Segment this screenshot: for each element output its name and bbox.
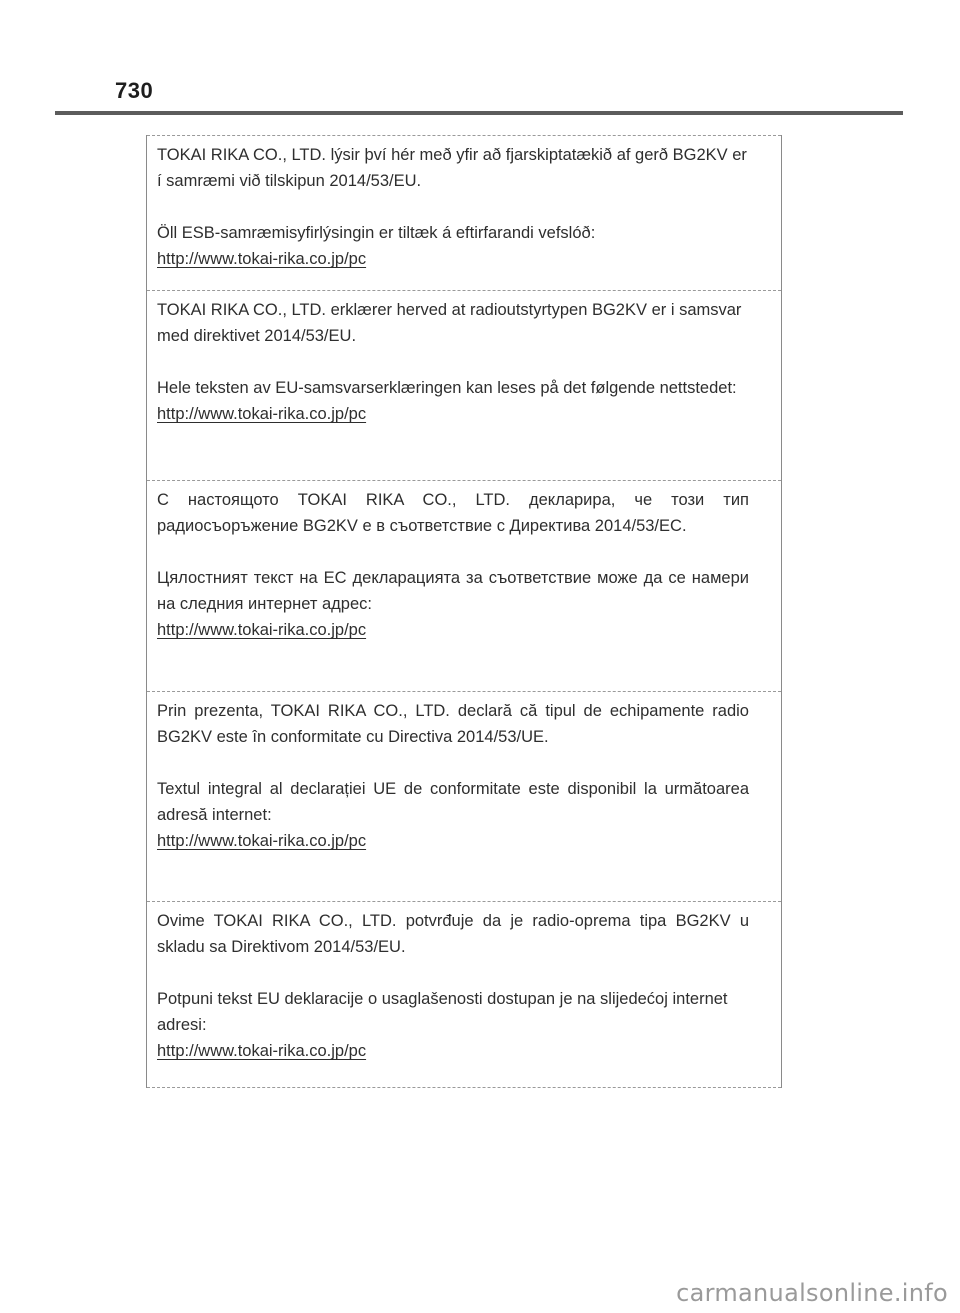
declaration-icelandic: TOKAI RIKA CO., LTD. lýsir því hér með y… — [147, 135, 781, 290]
declaration-url-link[interactable]: http://www.tokai-rika.co.jp/pc — [157, 401, 366, 427]
declaration-statement: TOKAI RIKA CO., LTD. erklærer herved at … — [157, 297, 749, 349]
full-text-note: Potpuni tekst EU deklaracije o usaglašen… — [157, 986, 749, 1038]
declaration-bulgarian: С настоящото TOKAI RIKA CO., LTD. деклар… — [147, 480, 781, 691]
declaration-statement: TOKAI RIKA CO., LTD. lýsir því hér með y… — [157, 142, 749, 194]
full-text-note: Цялостният текст на ЕС декларацията за с… — [157, 565, 749, 617]
full-text-note: Textul integral al declarației UE de con… — [157, 776, 749, 828]
page-number: 730 — [115, 78, 153, 104]
header-rule — [55, 111, 903, 115]
declaration-croatian: Ovime TOKAI RIKA CO., LTD. potvrđuje da … — [147, 901, 781, 1088]
full-text-note: Öll ESB-samræmisyfirlýsingin er tiltæk á… — [157, 220, 749, 246]
declaration-statement: Ovime TOKAI RIKA CO., LTD. potvrđuje da … — [157, 908, 749, 960]
declarations-table: TOKAI RIKA CO., LTD. lýsir því hér með y… — [146, 135, 782, 1088]
watermark: carmanualsonline.info — [676, 1279, 948, 1307]
full-text-note: Hele teksten av EU-samsvarserklæringen k… — [157, 375, 749, 401]
declaration-url-link[interactable]: http://www.tokai-rika.co.jp/pc — [157, 1038, 366, 1064]
declaration-romanian: Prin prezenta, TOKAI RIKA CO., LTD. decl… — [147, 691, 781, 901]
declaration-url-link[interactable]: http://www.tokai-rika.co.jp/pc — [157, 246, 366, 272]
declaration-url-link[interactable]: http://www.tokai-rika.co.jp/pc — [157, 617, 366, 643]
declaration-norwegian: TOKAI RIKA CO., LTD. erklærer herved at … — [147, 290, 781, 480]
declaration-statement: Prin prezenta, TOKAI RIKA CO., LTD. decl… — [157, 698, 749, 750]
declaration-url-link[interactable]: http://www.tokai-rika.co.jp/pc — [157, 828, 366, 854]
declaration-statement: С настоящото TOKAI RIKA CO., LTD. деклар… — [157, 487, 749, 539]
